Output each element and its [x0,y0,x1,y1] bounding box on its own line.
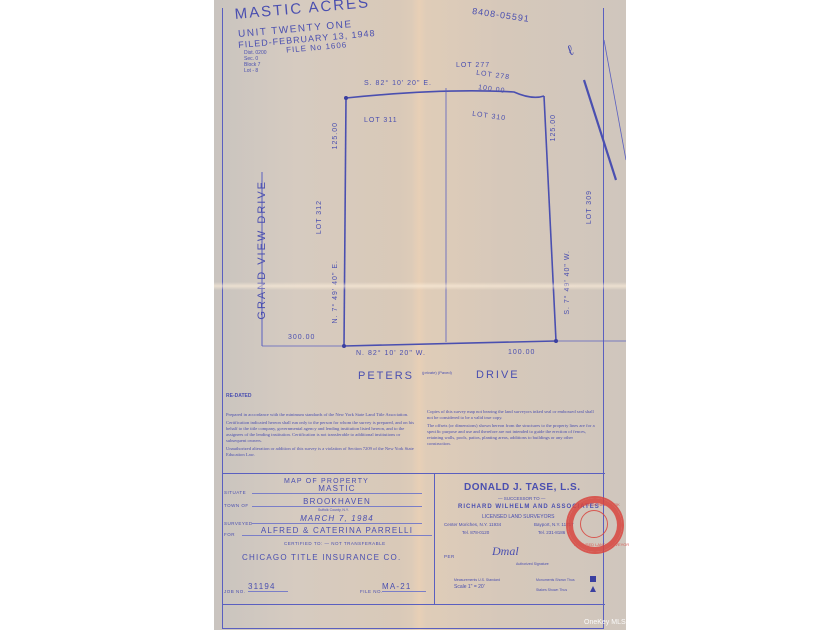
surveyor-seal: STATE OF NEW YORK LICENSED LAND SURVEYOR [566,496,624,554]
county-value: Suffolk County, N.Y. [318,508,349,512]
east-bearing: S. 7° 49' 40" W. [564,250,571,315]
west-bearing: N. 7° 49' 40" E. [332,260,339,323]
corner-distance: 300.00 [288,334,315,341]
situate-label: SITUATE [224,490,246,495]
north-bearing: S. 82° 10' 20" E. [364,80,432,87]
situate-value: MASTIC [252,484,422,494]
tel-left: Tel. 878-0120 [462,530,489,535]
stake-triangle-icon [590,586,596,592]
property-plot [214,0,626,470]
job-no-label: JOB NO. [224,589,246,594]
file-no-value: MA-21 [382,582,426,592]
west-distance: 125.00 [332,122,339,149]
grand-view-drive-label: GRAND VIEW DRIVE [256,180,268,320]
for-value: ALFRED & CATERINA PARRELLI [242,526,432,536]
insurer: CHICAGO TITLE INSURANCE CO. [242,553,401,562]
file-no-label: FILE NO. [360,589,383,594]
surveyor-successor: — SUCCESSOR TO — [498,496,545,501]
lot-309-label: LOT 309 [586,190,593,224]
survey-document: MASTIC ACRES UNIT TWENTY ONE FILED-FEBRU… [214,0,626,630]
signature: Dmal [492,544,519,559]
south-bearing: N. 82° 10' 20" W. [356,350,426,357]
tel-right: Tel. 231-8186 [538,530,565,535]
job-no-value: 31194 [248,582,288,592]
peters-drive-label-2: DRIVE [476,369,520,381]
scale-label: Scale 1" = 20' [454,584,485,590]
authorized-signature-label: Authorized Signature [516,562,549,566]
town-value: BROOKHAVEN [252,497,422,507]
monuments-legend: Monuments Shown Thus [536,578,575,582]
per-label: PER [444,554,455,559]
measurements-label: Measurements U.S. Standard [454,578,500,582]
redated-label: RE-DATED [226,393,251,399]
town-label: TOWN OF [224,503,249,508]
mls-watermark: OneKey MLS [584,619,626,626]
lot-312-label: LOT 312 [316,200,323,234]
address-left: Center Moriches, N.Y. 11934 [444,522,501,527]
east-distance: 125.00 [550,114,557,141]
title-block: MAP OF PROPERTY SITUATE MASTIC TOWN OF B… [222,473,605,605]
stakes-legend: Stakes Shown Thus [536,588,567,592]
monument-square-icon [590,576,596,582]
surveyed-date: MARCH 7, 1984 [252,514,422,524]
south-distance: 100.00 [508,349,535,356]
certified-to: CERTIFIED TO: — NOT TRANSFERABLE [284,541,386,546]
lot-311-label: LOT 311 [364,117,398,124]
lot-277-label: LOT 277 [456,62,490,69]
peters-drive-note: (private) (Paved) [422,370,452,375]
notes-right: Copies of this survey map not bearing th… [427,409,597,447]
peters-drive-label: PETERS [358,370,414,382]
surveyor-licensed: LICENSED LAND SURVEYORS [482,514,554,520]
notes-left: Prepared in accordance with the minimum … [226,412,416,458]
surveyor-name: DONALD J. TASE, L.S. [464,482,581,493]
for-label: FOR [224,532,235,537]
